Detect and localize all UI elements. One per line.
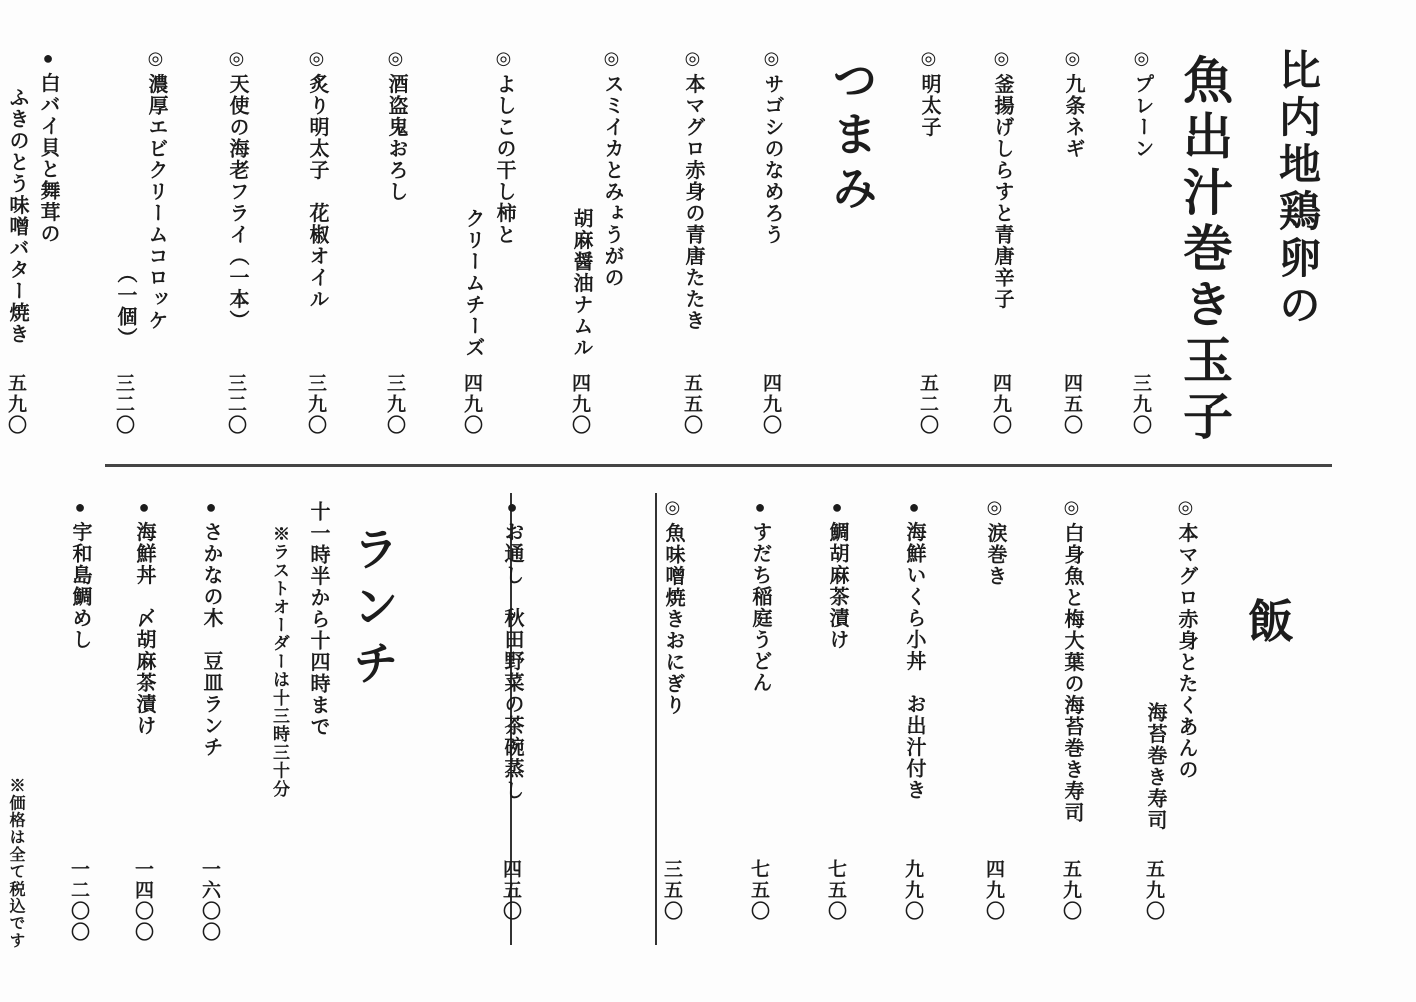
item-price: 五五〇	[678, 373, 705, 436]
item-marker-icon: ◎	[985, 497, 1005, 520]
menu-page: { "tamago": { "title_line1": "比内地鶏卵の", "…	[0, 0, 1416, 1002]
item-marker-icon: ◎	[227, 48, 247, 71]
item-marker-icon: ◎	[494, 48, 514, 71]
menu-item: ●海鮮丼 〆胡麻茶漬け 一四〇〇	[129, 497, 160, 962]
item-marker-icon: ●	[70, 497, 90, 519]
item-name: 白身魚と梅大葉の海苔巻き寿司	[1061, 523, 1083, 824]
item-name: 鯛胡麻茶漬け	[826, 522, 848, 651]
menu-item: ◎本マグロ赤身とたくあんの 海苔巻き寿司 五九〇	[1140, 497, 1202, 962]
item-name: スミイカとみょうがの	[601, 74, 623, 289]
item-name-line2: 海苔巻き寿司	[1144, 702, 1166, 831]
item-name-line2: 胡麻醤油ナムル	[570, 208, 592, 359]
item-name: 酒盗鬼おろし	[385, 74, 407, 203]
meshi-section-header: 飯	[1234, 497, 1300, 962]
menu-item: ◎よしこの干し柿と クリームチーズ 四九〇	[458, 48, 520, 450]
item-price: 五九〇	[1140, 859, 1167, 922]
item-name: 濃厚エビクリームコロッケ	[145, 74, 167, 332]
item-marker-icon: ◎	[307, 48, 327, 71]
item-name-line2: クリームチーズ	[462, 208, 484, 359]
item-marker-icon: ◎	[992, 48, 1012, 71]
lunch-hours: 十一時半から十四時まで	[304, 497, 333, 962]
tax-note: ※価格は全て税込です	[4, 497, 27, 962]
menu-item: ●白バイ貝と舞茸の ふきのとう味噌バター焼き 五九〇	[2, 48, 64, 450]
item-marker-icon: ◎	[146, 48, 166, 71]
item-name: 魚味噌焼きおにぎり	[662, 523, 684, 717]
item-price: 五九〇	[2, 373, 29, 436]
item-marker-icon: ●	[904, 497, 924, 519]
item-name-line2: ふきのとう味噌バター焼き	[6, 87, 28, 345]
item-name: 明太子	[918, 74, 940, 139]
item-price: 九九〇	[899, 859, 926, 922]
item-name: すだち稲庭うどん	[749, 522, 771, 694]
item-marker-icon: ◎	[1063, 48, 1083, 71]
item-marker-icon: ◎	[683, 48, 703, 71]
item-marker-icon: ◎	[762, 48, 782, 71]
lunch-last-order-note: ※ラストオーダーは十三時三十分	[267, 497, 292, 962]
item-name: 海鮮いくら小丼 お出汁付き	[903, 522, 925, 802]
item-marker-icon: ●	[827, 497, 847, 519]
menu-item: ◎プレーン 三九〇	[1127, 48, 1158, 450]
item-marker-icon: ●	[201, 497, 221, 519]
item-name: さかなの木 豆皿ランチ	[200, 522, 222, 759]
menu-item: ◎涙巻き 四九〇	[980, 497, 1011, 962]
menu-item: ◎釜揚げしらすと青唐辛子 四九〇	[987, 48, 1018, 450]
item-price: 三二〇	[110, 373, 137, 436]
menu-item: ●宇和島鯛めし 一二〇〇	[65, 497, 96, 962]
item-marker-icon: ◎	[1132, 48, 1152, 71]
menu-item: ◎スミイカとみょうがの 胡麻醤油ナムル 四九〇	[566, 48, 628, 450]
meshi-lunch-section: 飯 ◎本マグロ赤身とたくあんの 海苔巻き寿司 五九〇 ◎白身魚と梅大葉の海苔巻き…	[0, 497, 1300, 962]
menu-item: ◎白身魚と梅大葉の海苔巻き寿司 五九〇	[1057, 497, 1088, 962]
menu-item: ◎明太子 五二〇	[914, 48, 945, 450]
item-name: 白バイ貝と舞茸の	[37, 73, 59, 245]
menu-item: ◎九条ネギ 四五〇	[1058, 48, 1089, 450]
item-name: サゴシのなめろう	[761, 74, 783, 246]
item-price: 四九〇	[980, 859, 1007, 922]
menu-item: ◎濃厚エビクリームコロッケ （一個） 三二〇	[110, 48, 172, 450]
menu-item: ◎本マグロ赤身の青唐たたき 五五〇	[678, 48, 709, 450]
item-marker-icon: ◎	[386, 48, 406, 71]
item-price: 一二〇〇	[65, 859, 92, 943]
menu-item: ●さかなの木 豆皿ランチ 一六〇〇	[196, 497, 227, 962]
item-marker-icon: ◎	[663, 497, 683, 520]
menu-item: ◎炙り明太子 花椒オイル 三九〇	[302, 48, 333, 450]
item-marker-icon: ◎	[602, 48, 622, 71]
item-name: 本マグロ赤身とたくあんの	[1175, 523, 1197, 781]
item-name: 海鮮丼 〆胡麻茶漬け	[133, 522, 155, 737]
item-name: 涙巻き	[984, 523, 1006, 588]
otoshi-item: ●お通し 秋田野菜の茶碗蒸し 四五〇	[497, 497, 528, 962]
item-marker-icon: ◎	[1062, 497, 1082, 520]
item-name: 本マグロ赤身の青唐たたき	[682, 74, 704, 332]
item-price: 四九〇	[987, 373, 1014, 436]
item-price: 三二〇	[222, 373, 249, 436]
menu-title-line1: 比内地鶏卵の	[1266, 48, 1326, 450]
item-name-line2: （一個）	[114, 263, 136, 349]
menu-item: ◎魚味噌焼きおにぎり 三五〇	[658, 497, 689, 962]
item-name: 釜揚げしらすと青唐辛子	[991, 74, 1013, 311]
item-marker-icon: ◎	[1176, 497, 1196, 520]
item-name: プレーン	[1131, 74, 1153, 160]
item-price: 五九〇	[1057, 859, 1084, 922]
item-name: 宇和島鯛めし	[69, 522, 91, 651]
item-name: 炙り明太子 花椒オイル	[306, 74, 328, 311]
item-marker-icon: ◎	[919, 48, 939, 71]
lunch-section-header: ランチ	[339, 497, 405, 962]
item-marker-icon: ●	[134, 497, 154, 519]
item-price: 四五〇	[1058, 373, 1085, 436]
menu-item: ◎サゴシのなめろう 四九〇	[757, 48, 788, 450]
item-price: 三九〇	[302, 373, 329, 436]
item-marker-icon: ●	[502, 497, 522, 519]
menu-item: ◎天使の海老フライ（一本） 三二〇	[222, 48, 253, 450]
item-price: 四五〇	[497, 859, 524, 922]
menu-item: ●すだち稲庭うどん 七五〇	[745, 497, 776, 962]
item-price: 三九〇	[381, 373, 408, 436]
menu-item: ●鯛胡麻茶漬け 七五〇	[822, 497, 853, 962]
item-name: 九条ネギ	[1062, 74, 1084, 160]
item-price: 四九〇	[566, 373, 593, 436]
item-name: 天使の海老フライ（一本）	[226, 74, 248, 332]
horizontal-divider	[105, 464, 1332, 467]
tamago-tsumami-section: 比内地鶏卵の 魚出汁巻き玉子 ◎プレーン 三九〇 ◎九条ネギ 四五〇 ◎釜揚げし…	[2, 48, 1326, 450]
item-price: 一四〇〇	[129, 859, 156, 943]
menu-item: ●海鮮いくら小丼 お出汁付き 九九〇	[899, 497, 930, 962]
item-name: お通し 秋田野菜の茶碗蒸し	[501, 522, 523, 802]
menu-item: ◎酒盗鬼おろし 三九〇	[381, 48, 412, 450]
item-marker-icon: ●	[750, 497, 770, 519]
item-price: 四九〇	[757, 373, 784, 436]
tsumami-section-header: つまみ	[818, 48, 884, 450]
item-price: 三五〇	[658, 859, 685, 922]
item-price: 七五〇	[745, 859, 772, 922]
item-price: 五二〇	[914, 373, 941, 436]
menu-title-line2: 魚出汁巻き玉子	[1168, 48, 1240, 450]
item-price: 三九〇	[1127, 373, 1154, 436]
item-price: 七五〇	[822, 859, 849, 922]
item-price: 一六〇〇	[196, 859, 223, 943]
item-marker-icon: ●	[38, 48, 58, 70]
item-price: 四九〇	[458, 373, 485, 436]
item-name: よしこの干し柿と	[493, 74, 515, 246]
